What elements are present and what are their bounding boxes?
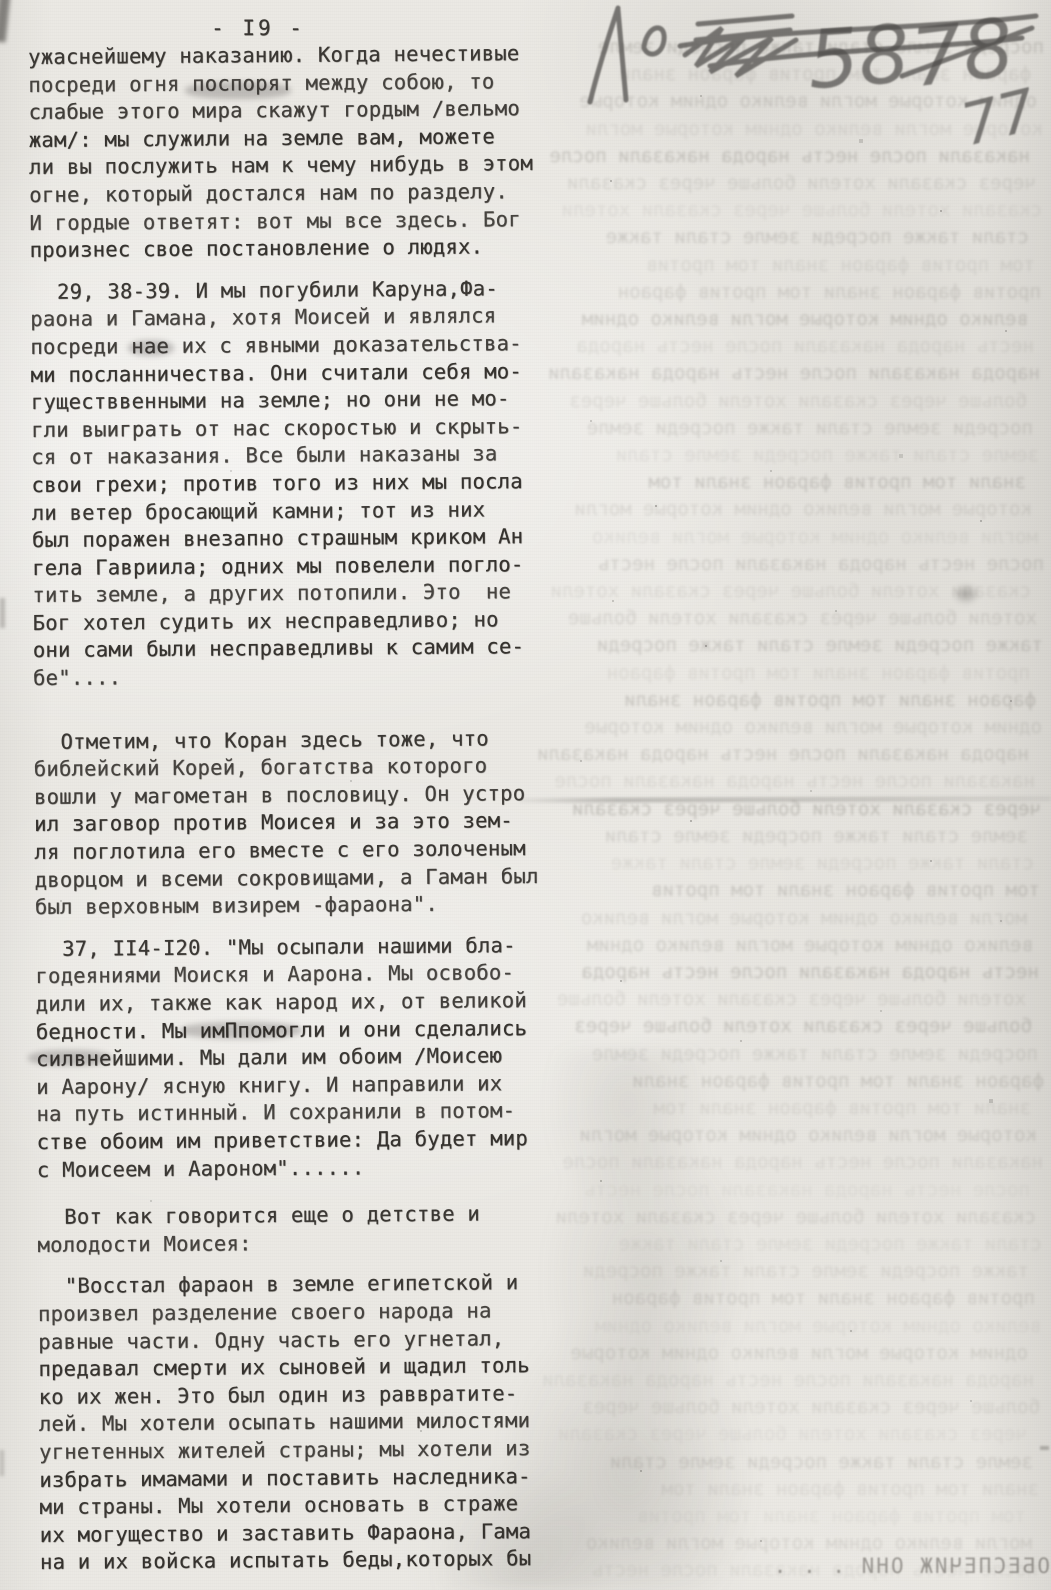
typed-line: 29, 38-39. И мы погубили Каруна,Фа-: [30, 275, 550, 307]
typed-line: произвел разделение своего народа на: [38, 1297, 558, 1329]
typed-line: угнетенных жителей страны; мы хотели из: [39, 1435, 559, 1467]
pencil-scribble: 58 78 77: [560, 0, 1051, 200]
corner-tear-mark: [0, 0, 10, 42]
bleedthrough-line: также посреди земле стали также посреди: [536, 632, 1043, 659]
typed-line: 37, II4-I20. "Мы осыпали нашими бла-: [35, 932, 555, 964]
bleedthrough-line: больше через сказали хотели больше через: [536, 388, 1027, 415]
bleedthrough-line: стали также посреди земле стали также: [536, 1231, 1042, 1258]
bleedthrough-line: земле стали также посреди земле стали: [536, 1449, 1033, 1476]
bleedthrough-line: народа наказали после несть народа наказ…: [536, 1367, 1034, 1394]
bleedthrough-line: которые могли велико одним которые могли: [536, 1122, 1037, 1149]
bleedthrough-line: велико одним которые могли велико одним: [536, 932, 1033, 959]
typed-line: с Моисеем и Аароном"......: [37, 1152, 557, 1184]
typed-line: гуществвенными на земле; но они не мо-: [31, 385, 551, 417]
typed-line: ил заговор против Моисея и за это зем-: [34, 807, 554, 839]
paragraph: Отметим, что Коран здесь тоже, чтобиблей…: [33, 725, 555, 922]
bleedthrough-line: наказали после несть народа наказали пос…: [536, 1149, 1043, 1176]
typed-line: был поражен внезапно страшным криком Ан: [32, 523, 552, 555]
bleedthrough-line: посреди земле стали также посреди земле: [536, 1041, 1038, 1068]
paragraph: Вот как говорится еще о детстве имолодос…: [37, 1200, 557, 1259]
typed-line: свои грехи; против того из них мы посла: [31, 468, 551, 500]
typed-line: лей. Мы хотели осыпать нашими милостями: [39, 1407, 559, 1439]
bleedthrough-line: земле стали также посреди земле стали: [536, 823, 1028, 850]
bleedthrough-line: знали том против фараон знали том: [536, 1476, 1039, 1503]
bleedthrough-line: через сказали хотели больше через сказал…: [536, 1421, 1027, 1448]
typed-line: посреди огня поспорят между собою, то: [28, 68, 548, 100]
typed-line: дили их, также как народ их, от великой: [35, 987, 555, 1019]
typed-line: молодости Моисея:: [37, 1228, 557, 1260]
edge-mark: [0, 1450, 4, 1476]
typed-line: "Восстал фараон в земле египетской и: [38, 1269, 558, 1301]
bleedthrough-line: могли велико одним которые могли велико: [536, 905, 1027, 932]
bleedthrough-column: посреди земле стали также посреди земле …: [536, 34, 1044, 1586]
bleedthrough-line: стали также посреди земле стали также: [536, 850, 1034, 877]
typed-line: посреди нае их с явными доказательства-: [30, 330, 550, 362]
typed-line: ми страны. Мы хотели основать в страже: [39, 1490, 559, 1522]
bleedthrough-line: одним которые могли велико одним которые: [536, 1340, 1028, 1367]
typed-line: вошли у магометан в пословицу. Он устро: [34, 780, 554, 812]
bleedthrough-line: фараон знали том против фараон знали: [536, 687, 1036, 714]
paragraph: 29, 38-39. И мы погубили Каруна,Фа-раона…: [30, 275, 553, 693]
bleedthrough-line: том против фараон знали том против: [536, 1503, 1026, 1530]
typed-line: силвнейшими. Мы дали им обоим /Моисею: [36, 1042, 556, 1074]
typed-line: был верховным визирем -фараона".: [35, 890, 555, 922]
bleedthrough-line: также посреди земле стали также посреди: [536, 1258, 1029, 1285]
typed-line: дворцом и всеми сокровищами, а Гаман был: [34, 863, 554, 895]
bleedthrough-line: велико одним которые могли велико одним: [536, 1313, 1041, 1340]
typed-line: ли вы послужить нам к чему нибудь в этом: [29, 150, 549, 182]
page-number: - I9 -: [28, 16, 488, 40]
typed-line: тить земле, а других потопили. Это не: [32, 578, 552, 610]
typed-line: раона и Гамана, хотя Моисей и являлся: [30, 302, 550, 334]
typed-line: огне, который достался нам по разделу.: [29, 178, 549, 210]
bleedthrough-line: хотели больше через сказали хотели больш…: [536, 605, 1037, 632]
overstrike-smudge: [185, 82, 291, 99]
bleedthrough-line: после несть народа наказали после несть: [536, 551, 1044, 578]
ink-blot: [952, 583, 980, 605]
bleedthrough-fragment: ОБЕСПЕЧИЖ ОНИ . . .: [690, 1554, 1050, 1578]
edge-mark: [0, 598, 5, 628]
typed-line: они сами были несправедливы к самим се-: [33, 633, 553, 665]
typed-line: гела Гавриила; одних мы повелели погло-: [32, 551, 552, 583]
bleedthrough-line: против фараон знали том против фараон: [536, 1285, 1035, 1312]
typed-line: ли ветер бросающий камни; тот из них: [32, 495, 552, 527]
bleedthrough-line: велико одним которые могли велико одним: [536, 306, 1028, 333]
edge-mark: [1040, 1446, 1049, 1450]
bleedthrough-line: больше через сказали хотели больше через: [536, 1394, 1040, 1421]
typed-line: избрать имамами и поставить наследника-: [39, 1462, 559, 1494]
typed-line: на путь истинный. И сохранили в потом-: [36, 1097, 556, 1129]
bleedthrough-line: которые могли велико одним которые могли: [536, 496, 1032, 523]
typed-line: слабые этого мира скажут гордым /вельмо: [28, 95, 548, 127]
bleedthrough-line: одним которые могли велико одним которые: [536, 714, 1042, 741]
bleedthrough-line: сказали хотели больше через сказали хоте…: [536, 197, 1042, 224]
typed-line: Бог хотел судить их несправедливо; но: [32, 606, 552, 638]
overstrike-smudge: [180, 1022, 302, 1039]
typed-line: и Аарону/ ясную книгу. И направили их: [36, 1070, 556, 1102]
paragraph: ужаснейшему наказанию. Когда нечестивыеп…: [28, 40, 550, 265]
bleedthrough-line: наказали после несть народа наказали пос…: [536, 768, 1035, 795]
bleedthrough-line: знали том против фараон знали том: [536, 1095, 1031, 1122]
typed-line: годеяниями Моискя и Аарона. Мы освобо-: [35, 959, 555, 991]
bleedthrough-line: посреди земле стали также посреди земле: [536, 415, 1033, 442]
bleedthrough-line: том против фараон знали том против: [536, 877, 1040, 904]
typed-line: бе"....: [33, 661, 553, 693]
bleedthrough-line: против фараон знали том против фараон: [536, 279, 1041, 306]
typed-line: ся от наказания. Все были наказаны за: [31, 440, 551, 472]
bleedthrough-line: хотели больше через сказали хотели больш…: [536, 986, 1026, 1013]
typed-line: ми посланничества. Они считали себя мо-: [30, 357, 550, 389]
overstrike-smudge: [28, 1050, 112, 1066]
typed-line: предавал смерти их сыновей и щадил толь: [38, 1352, 558, 1384]
bleedthrough-line: несть народа наказали после несть народа: [536, 959, 1039, 986]
typed-line: стве обоим им приветствие: Да будет мир: [37, 1125, 557, 1157]
typescript-body: ужаснейшему наказанию. Когда нечестивыеп…: [28, 40, 560, 1577]
bleedthrough-line: народа наказали после несть народа наказ…: [536, 741, 1029, 768]
pencil-number: 58: [805, 7, 913, 107]
bleedthrough-line: том против фараон знали том против: [536, 252, 1035, 279]
typed-line: библейский Корей, богатства которого: [34, 752, 554, 784]
bleedthrough-line: фараон знали том против фараон знали: [536, 1068, 1044, 1095]
paragraph: 37, II4-I20. "Мы осыпали нашими бла-годе…: [35, 932, 557, 1184]
typed-line: ко их жен. Это был один из раввратите-: [39, 1380, 559, 1412]
bleedthrough-line: могли велико одним которые могли велико: [536, 524, 1038, 551]
typed-line: гли выиграть от нас скоростью и скрыть-: [31, 413, 551, 445]
overstrike-smudge: [128, 340, 174, 356]
bleedthrough-line: стали также посреди земле стали также: [536, 224, 1029, 251]
paragraph: "Восстал фараон в земле египетской ипрои…: [38, 1269, 560, 1577]
typed-line: И гордые ответят: вот мы все здесь. Бог: [29, 205, 549, 237]
typed-line: ля поглотила его вместе с его золоченым: [34, 835, 554, 867]
bleedthrough-line: знали том против фараон знали том: [536, 469, 1026, 496]
typed-line: Вот как говорится еще о детстве и: [37, 1200, 557, 1232]
scanned-typescript-page: посреди земле стали также посреди земле …: [0, 0, 1051, 1590]
bleedthrough-line: после несть народа наказали после несть: [536, 1177, 1030, 1204]
bleedthrough-line: больше через сказали хотели больше через: [536, 1013, 1032, 1040]
typed-line: равные части. Одну часть его угнетал,: [38, 1324, 558, 1356]
typed-line: на и их войска испытать беды,которых бы: [40, 1545, 560, 1577]
typed-line: произнес свое постановление о людях.: [30, 233, 550, 265]
bleedthrough-line: несть народа наказали после несть народа: [536, 333, 1034, 360]
bleedthrough-line: против фараон знали том против фараон: [536, 660, 1030, 687]
bleedthrough-line: земле стали также посреди земле стали: [536, 442, 1039, 469]
typed-line: Отметим, что Коран здесь тоже, что: [33, 725, 553, 757]
typed-line: их могущество и заставить Фараона, Гама: [40, 1518, 560, 1550]
typed-line: ужаснейшему наказанию. Когда нечестивые: [28, 40, 548, 72]
bleedthrough-line: народа наказали после несть народа наказ…: [536, 360, 1040, 387]
typed-line: жам/: мы служили на земле вам, можете: [29, 123, 549, 155]
bleedthrough-line: сказали хотели больше через сказали хоте…: [536, 1204, 1036, 1231]
